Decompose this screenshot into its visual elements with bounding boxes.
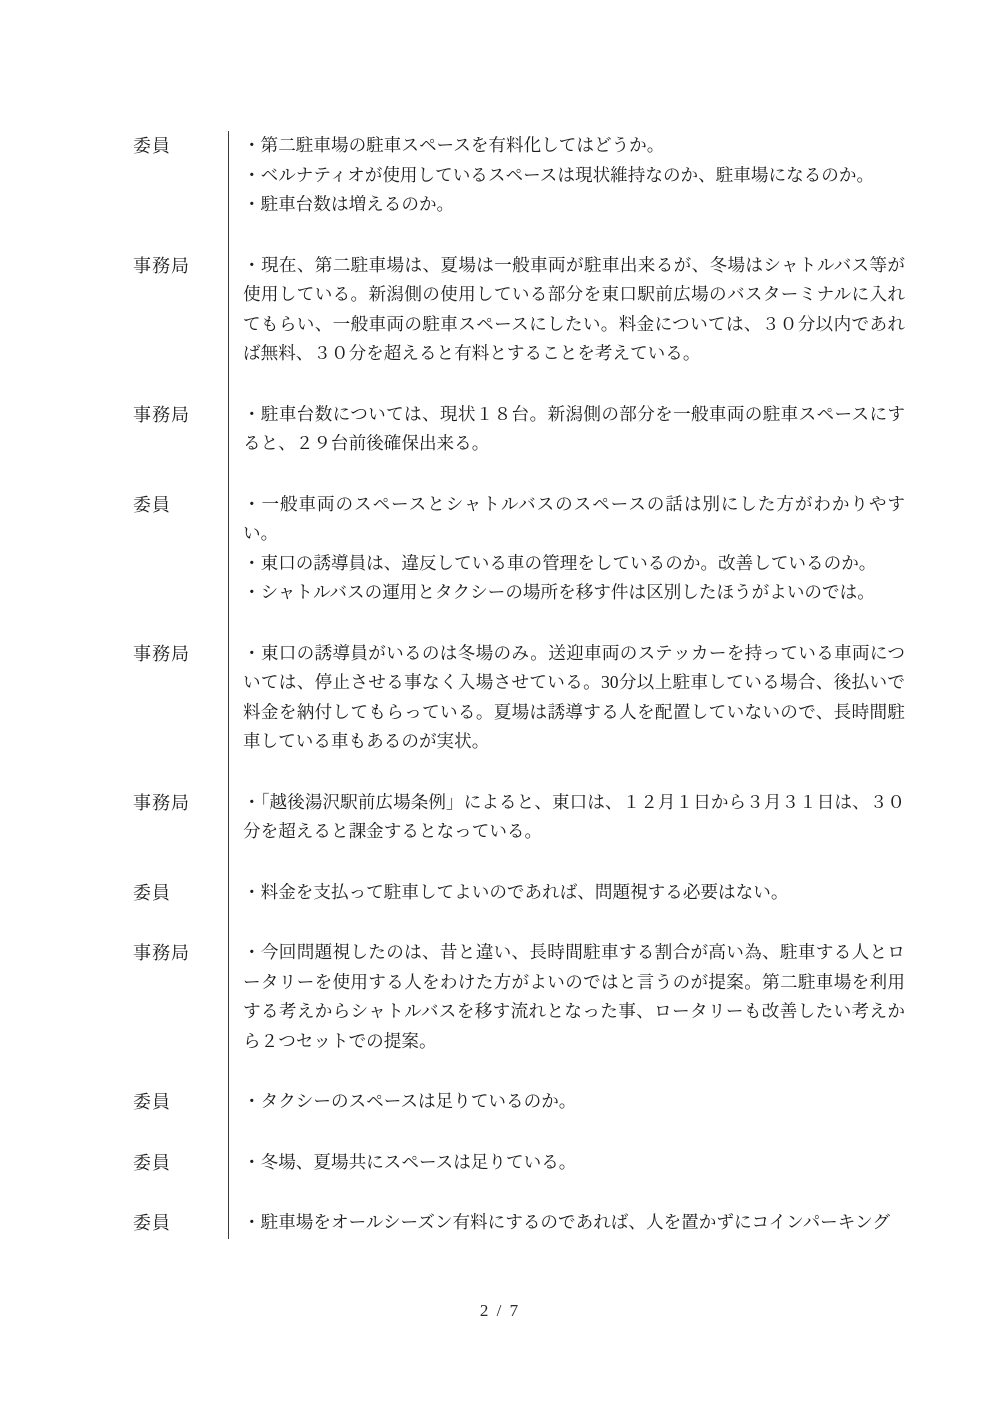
speaker-label: 事務局 xyxy=(133,788,228,878)
statement-item: ・駐車場をオールシーズン有料にするのであれば、人を置かずにコインパーキング xyxy=(243,1208,905,1238)
statement-cell: ・現在、第二駐車場は、夏場は一般車両が駐車出来るが、冬場はシャトルバス等が使用し… xyxy=(228,251,905,400)
speaker-label: 事務局 xyxy=(133,639,228,788)
statement-item: ・現在、第二駐車場は、夏場は一般車両が駐車出来るが、冬場はシャトルバス等が使用し… xyxy=(243,251,905,369)
statement-cell: ・今回問題視したのは、昔と違い、長時間駐車する割合が高い為、駐車する人とロータリ… xyxy=(228,938,905,1087)
speaker-label: 委員 xyxy=(133,1087,228,1148)
speaker-label: 委員 xyxy=(133,131,228,251)
statement-item: ・駐車台数は増えるのか。 xyxy=(243,190,905,220)
minutes-row: 事務局 ・駐車台数については、現状１８台。新潟側の部分を一般車両の駐車スペースに… xyxy=(133,400,905,490)
minutes-row: 事務局 ・今回問題視したのは、昔と違い、長時間駐車する割合が高い為、駐車する人と… xyxy=(133,938,905,1087)
statement-item: ・駐車台数については、現状１８台。新潟側の部分を一般車両の駐車スペースにすると、… xyxy=(243,400,905,459)
minutes-row: 事務局 ・東口の誘導員がいるのは冬場のみ。送迎車両のステッカーを持っている車両に… xyxy=(133,639,905,788)
statement-cell: ・一般車両のスペースとシャトルバスのスペースの話は別にした方がわかりやすい。・東… xyxy=(228,490,905,639)
statement-item: ・東口の誘導員は、違反している車の管理をしているのか。改善しているのか。 xyxy=(243,549,905,579)
minutes-table: 委員 ・第二駐車場の駐車スペースを有料化してはどうか。・ベルナティオが使用してい… xyxy=(133,131,905,1239)
statement-item: ・東口の誘導員がいるのは冬場のみ。送迎車両のステッカーを持っている車両については… xyxy=(243,639,905,757)
statement-cell: ・第二駐車場の駐車スペースを有料化してはどうか。・ベルナティオが使用しているスペ… xyxy=(228,131,905,251)
speaker-label: 事務局 xyxy=(133,938,228,1087)
speaker-label: 事務局 xyxy=(133,251,228,400)
statement-item: ・冬場、夏場共にスペースは足りている。 xyxy=(243,1148,905,1178)
minutes-row: 委員 ・料金を支払って駐車してよいのであれば、問題視する必要はない。 xyxy=(133,878,905,939)
statement-cell: ・「越後湯沢駅前広場条例」によると、東口は、１２月１日から３月３１日は、３０分を… xyxy=(228,788,905,878)
statement-cell: ・タクシーのスペースは足りているのか。 xyxy=(228,1087,905,1148)
statement-item: ・「越後湯沢駅前広場条例」によると、東口は、１２月１日から３月３１日は、３０分を… xyxy=(243,788,905,847)
minutes-row: 委員 ・駐車場をオールシーズン有料にするのであれば、人を置かずにコインパーキング xyxy=(133,1208,905,1239)
statement-item: ・料金を支払って駐車してよいのであれば、問題視する必要はない。 xyxy=(243,878,905,908)
statement-item: ・ベルナティオが使用しているスペースは現状維持なのか、駐車場になるのか。 xyxy=(243,161,905,191)
speaker-label: 委員 xyxy=(133,1208,228,1239)
speaker-label: 委員 xyxy=(133,1148,228,1209)
page-number: 2 / 7 xyxy=(0,1301,1000,1321)
statement-item: ・シャトルバスの運用とタクシーの場所を移す件は区別したほうがよいのでは。 xyxy=(243,578,905,608)
speaker-label: 委員 xyxy=(133,490,228,639)
minutes-row: 委員 ・冬場、夏場共にスペースは足りている。 xyxy=(133,1148,905,1209)
minutes-row: 委員 ・一般車両のスペースとシャトルバスのスペースの話は別にした方がわかりやすい… xyxy=(133,490,905,639)
speaker-label: 委員 xyxy=(133,878,228,939)
statement-item: ・タクシーのスペースは足りているのか。 xyxy=(243,1087,905,1117)
statement-item: ・今回問題視したのは、昔と違い、長時間駐車する割合が高い為、駐車する人とロータリ… xyxy=(243,938,905,1056)
statement-item: ・第二駐車場の駐車スペースを有料化してはどうか。 xyxy=(243,131,905,161)
minutes-row: 委員 ・タクシーのスペースは足りているのか。 xyxy=(133,1087,905,1148)
minutes-row: 委員 ・第二駐車場の駐車スペースを有料化してはどうか。・ベルナティオが使用してい… xyxy=(133,131,905,251)
statement-cell: ・東口の誘導員がいるのは冬場のみ。送迎車両のステッカーを持っている車両については… xyxy=(228,639,905,788)
statement-cell: ・駐車場をオールシーズン有料にするのであれば、人を置かずにコインパーキング xyxy=(228,1208,905,1239)
statement-cell: ・料金を支払って駐車してよいのであれば、問題視する必要はない。 xyxy=(228,878,905,939)
statement-cell: ・駐車台数については、現状１８台。新潟側の部分を一般車両の駐車スペースにすると、… xyxy=(228,400,905,490)
statement-item: ・一般車両のスペースとシャトルバスのスペースの話は別にした方がわかりやすい。 xyxy=(243,490,905,549)
minutes-row: 事務局 ・「越後湯沢駅前広場条例」によると、東口は、１２月１日から３月３１日は、… xyxy=(133,788,905,878)
speaker-label: 事務局 xyxy=(133,400,228,490)
statement-cell: ・冬場、夏場共にスペースは足りている。 xyxy=(228,1148,905,1209)
minutes-row: 事務局 ・現在、第二駐車場は、夏場は一般車両が駐車出来るが、冬場はシャトルバス等… xyxy=(133,251,905,400)
